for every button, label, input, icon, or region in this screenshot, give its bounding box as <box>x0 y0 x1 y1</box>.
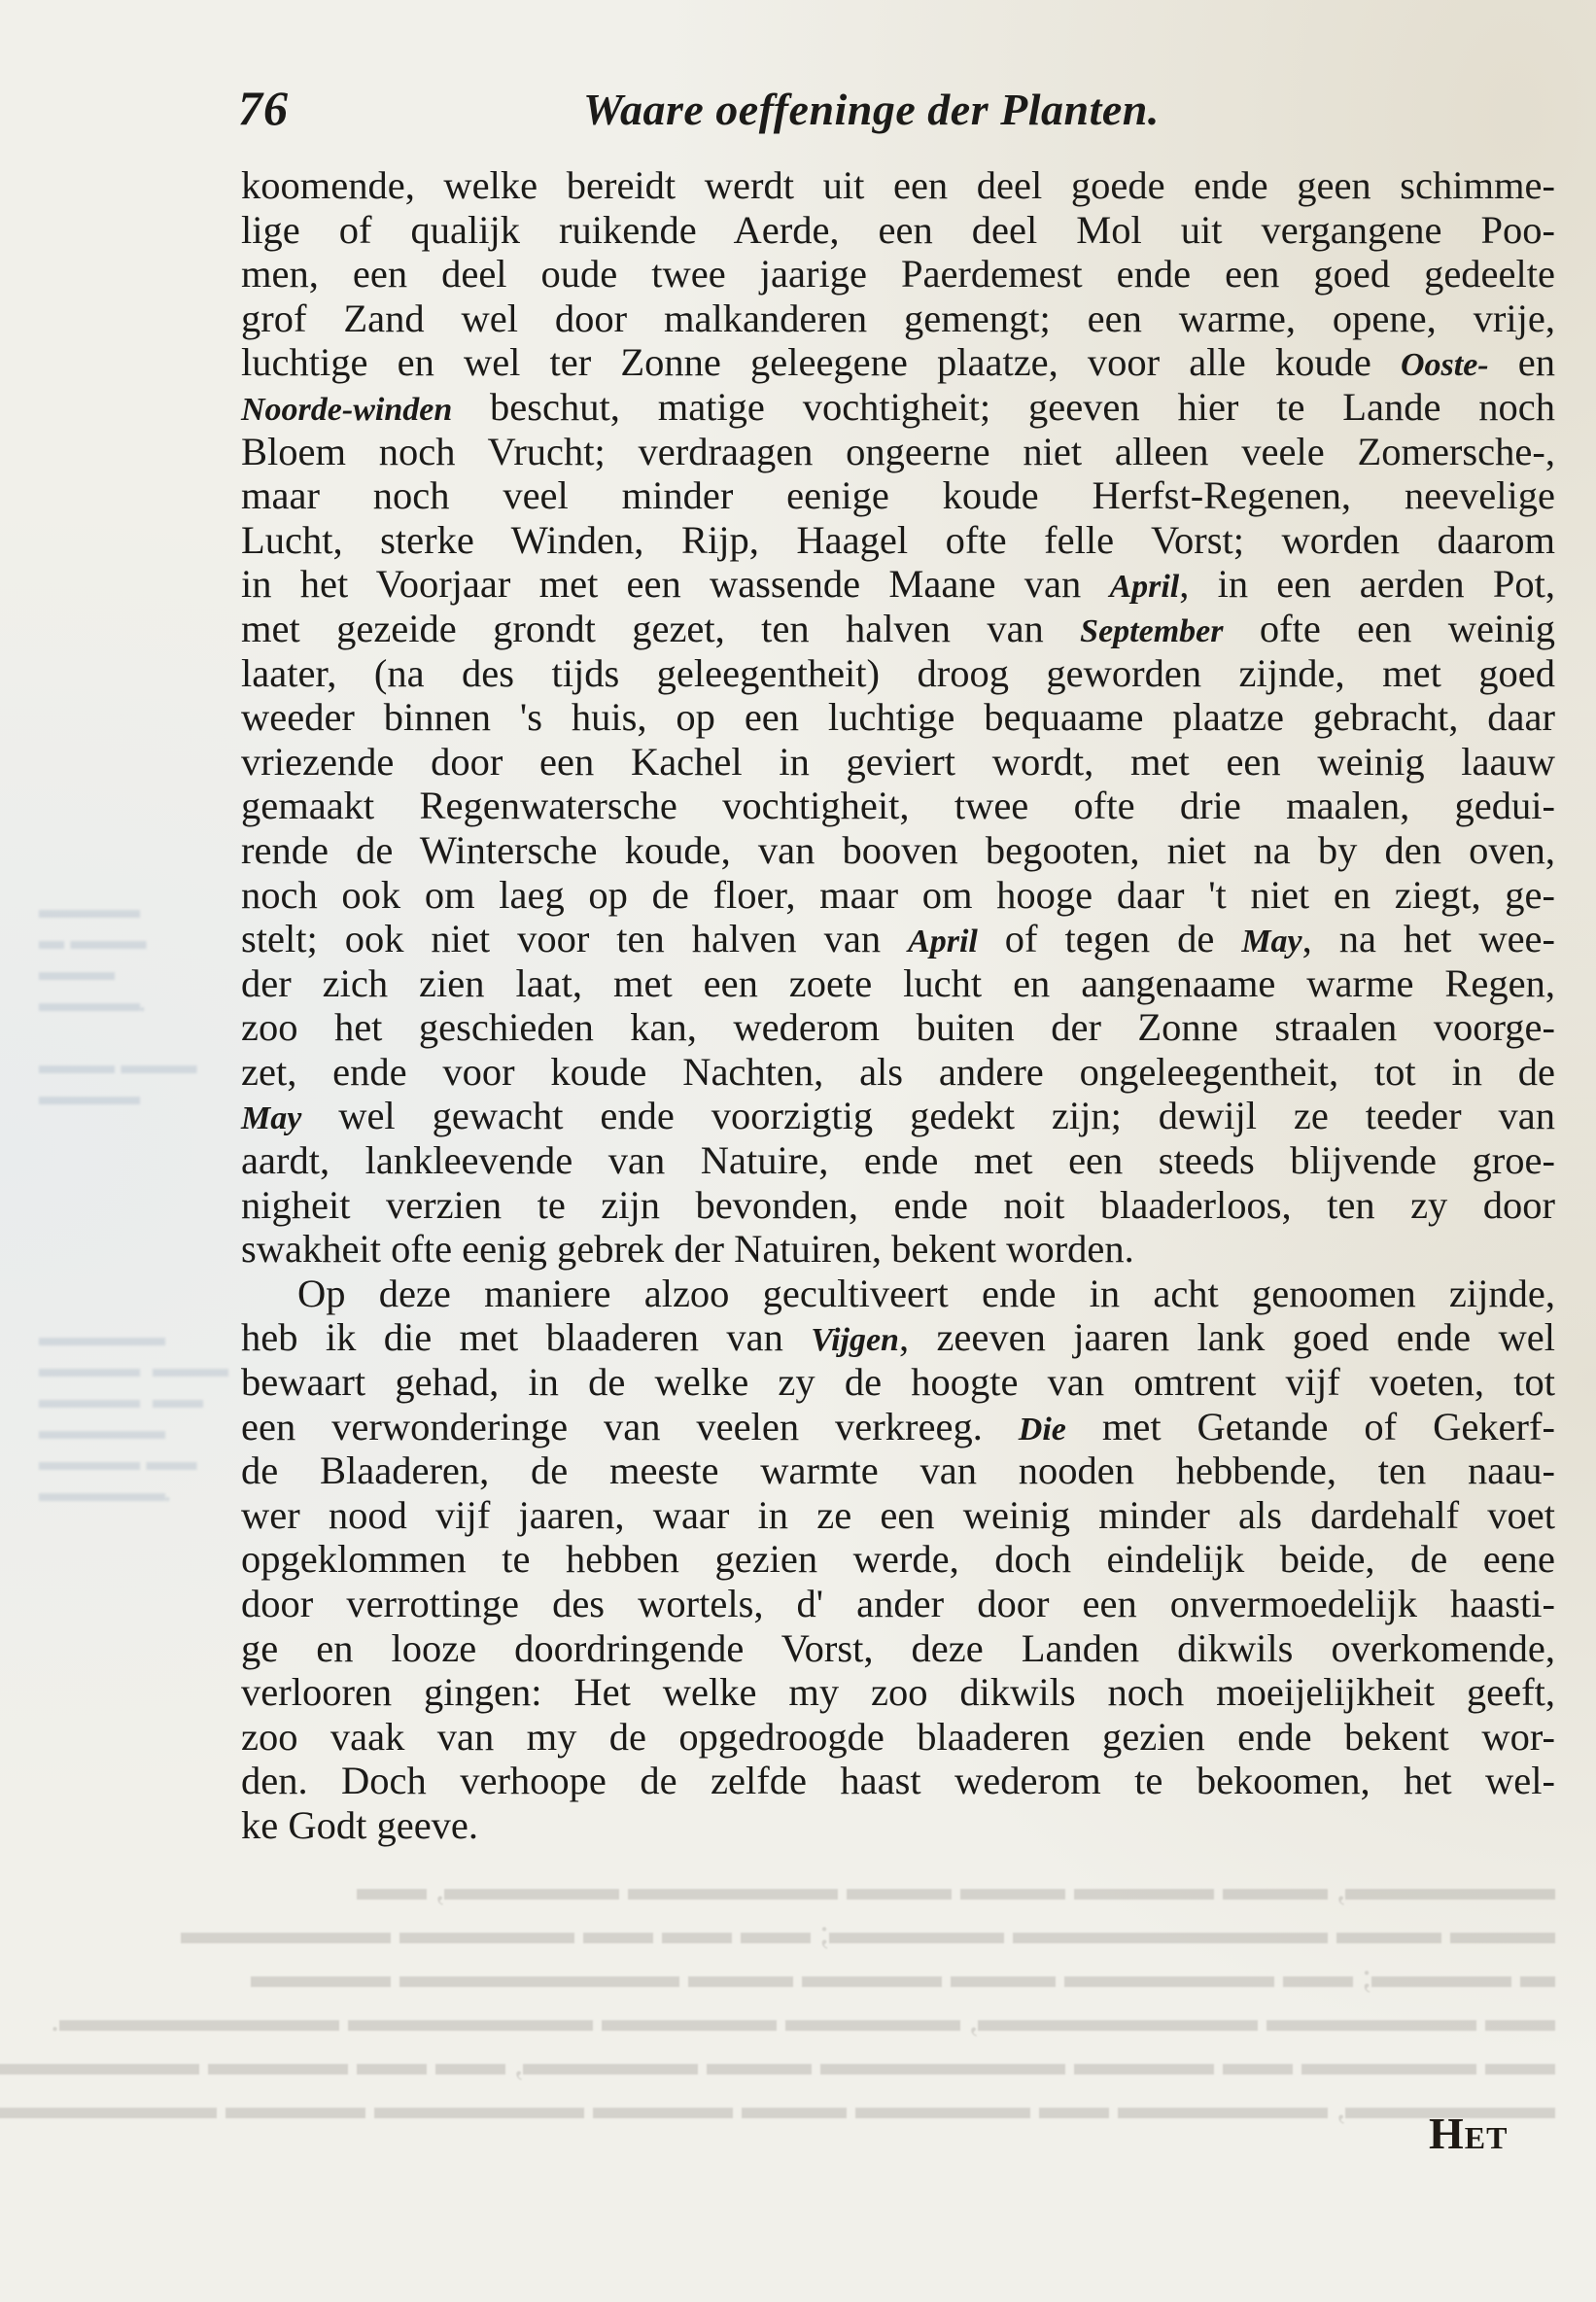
text-line: ke Godt geeve. <box>241 1803 1555 1848</box>
text-line: zet, ende voor koude Nachten, als andere… <box>241 1050 1555 1095</box>
text-line: zoo het geschieden kan, wederom buiten d… <box>241 1005 1555 1050</box>
text-line: Op deze maniere alzoo gecultiveert ende … <box>241 1272 1555 1316</box>
text-line: met gezeide grondt gezet, ten halven van… <box>241 607 1555 651</box>
text-line: Noorde-winden beschut, matige vochtighei… <box>241 385 1555 430</box>
book-page: ▬▬▬▬▬ ▬▬▬▬▬▬▬▬▬▬.▬▬▬ ▬▬▬▬▬▬▬ ▬▬▬▬▬▬▬▬▬ ▬… <box>0 0 1596 2302</box>
text-line: maar noch veel minder eenige koude Herfs… <box>241 473 1555 518</box>
text-line: Bloem noch Vrucht; verdraagen ongeerne n… <box>241 430 1555 474</box>
text-line: koomende, welke bereidt werdt uit een de… <box>241 163 1555 208</box>
italic-term: Noorde-winden <box>241 392 452 428</box>
text-run: in het Voorjaar met een wassende Maane v… <box>241 562 1109 606</box>
text-line: lige of qualijk ruikende Aerde, een deel… <box>241 208 1555 253</box>
text-run: beschut, matige vochtigheit; geeven hier… <box>452 385 1555 429</box>
margin-bleed-through-2: ▬▬▬▬▬▬▬▬▬ ▬▬▬▬▬▬▬ ▬▬▬▬▬▬▬▬▬▬▬ ▬▬▬▬▬▬▬. <box>39 1322 272 1575</box>
text-line: bewaart gehad, in de welke zy de hoogte … <box>241 1360 1555 1405</box>
margin-bleed-through: ▬▬▬▬▬ ▬▬▬▬▬▬▬▬▬▬.▬▬▬ ▬▬▬▬▬▬▬ <box>39 894 233 1186</box>
text-run: met gezeide grondt gezet, ten halven van <box>241 607 1080 650</box>
show-through-text: ▬▬▬▬▬▬, ▬▬▬ ▬▬▬▬ ▬▬▬ ▬▬▬ ▬▬▬▬▬▬ ▬▬▬▬▬, ▬… <box>241 1866 1555 2129</box>
text-line: Lucht, sterke Winden, Rijp, Haagel ofte … <box>241 518 1555 563</box>
italic-term: April <box>908 924 978 959</box>
text-run: stelt; ook niet voor ten halven van <box>241 917 908 960</box>
italic-term: May <box>1241 924 1301 959</box>
running-head: 76 Waare oeffeninge der Planten. <box>238 80 1531 148</box>
running-title: Waare oeffeninge der Planten. <box>583 84 1160 135</box>
text-run: met Getande of Gekerf- <box>1066 1405 1555 1448</box>
text-line: verlooren gingen: Het welke my zoo dikwi… <box>241 1670 1555 1715</box>
text-run: , na het wee- <box>1302 917 1555 960</box>
text-line: nigheit verzien te zijn bevonden, ende n… <box>241 1183 1555 1228</box>
italic-term: May <box>241 1100 301 1136</box>
text-line: zoo vaak van my de opgedroogde blaaderen… <box>241 1715 1555 1760</box>
text-run: luchtige en wel ter Zonne geleegene plaa… <box>241 340 1401 384</box>
text-line: in het Voorjaar met een wassende Maane v… <box>241 562 1555 607</box>
body-text: koomende, welke bereidt werdt uit een de… <box>241 163 1555 1848</box>
text-line: swakheit ofte eenig gebrek der Natuiren,… <box>241 1227 1555 1272</box>
text-line: weeder binnen 's huis, op een luchtige b… <box>241 695 1555 740</box>
text-run: heb ik die met blaaderen van <box>241 1315 811 1359</box>
text-line: May wel gewacht ende voorzigtig gedekt z… <box>241 1094 1555 1138</box>
text-line: grof Zand wel door malkanderen gemengt; … <box>241 296 1555 341</box>
text-run: wel gewacht ende voorzigtig gedekt zijn;… <box>301 1094 1555 1137</box>
text-line: laater, (na des tijds geleegentheit) dro… <box>241 651 1555 696</box>
text-line: wer nood vijf jaaren, waar in ze een wei… <box>241 1493 1555 1538</box>
italic-term: Die <box>1019 1412 1066 1447</box>
text-line: der zich zien laat, met een zoete lucht … <box>241 961 1555 1006</box>
italic-term: Vijgen <box>811 1322 899 1358</box>
catchword: Het <box>1429 2108 1508 2159</box>
text-run: , in een aerden Pot, <box>1179 562 1555 606</box>
italic-term: Ooste- <box>1401 347 1489 383</box>
italic-term: September <box>1080 613 1223 649</box>
text-line: noch ook om laeg op de floer, maar om ho… <box>241 873 1555 918</box>
text-run: , zeeven jaaren lank goed ende wel <box>899 1315 1555 1359</box>
text-line: den. Doch verhoope de zelfde haast weder… <box>241 1759 1555 1803</box>
text-line: luchtige en wel ter Zonne geleegene plaa… <box>241 340 1555 385</box>
text-run: en <box>1489 340 1555 384</box>
text-run: ofte een weinig <box>1223 607 1555 650</box>
text-line: vriezende door een Kachel in geviert wor… <box>241 740 1555 785</box>
text-line: opgeklommen te hebben gezien werde, doch… <box>241 1537 1555 1582</box>
text-line: gemaakt Regenwatersche vochtigheit, twee… <box>241 784 1555 828</box>
text-line: ge en looze doordringende Vorst, deze La… <box>241 1626 1555 1671</box>
text-line: rende de Wintersche koude, van booven be… <box>241 828 1555 873</box>
page-number: 76 <box>238 80 289 136</box>
italic-term: April <box>1109 569 1179 605</box>
text-line: een verwonderinge van veelen verkreeg. D… <box>241 1405 1555 1449</box>
text-line: de Blaaderen, de meeste warmte van noode… <box>241 1448 1555 1493</box>
text-line: heb ik die met blaaderen van Vijgen, zee… <box>241 1315 1555 1360</box>
text-line: door verrottinge des wortels, d' ander d… <box>241 1582 1555 1626</box>
text-run: een verwonderinge van veelen verkreeg. <box>241 1405 1019 1448</box>
text-line: men, een deel oude twee jaarige Paerdeme… <box>241 252 1555 296</box>
text-line: aardt, lankleevende van Natuire, ende me… <box>241 1138 1555 1183</box>
text-run: of tegen de <box>978 917 1241 960</box>
text-line: stelt; ook niet voor ten halven van Apri… <box>241 917 1555 961</box>
